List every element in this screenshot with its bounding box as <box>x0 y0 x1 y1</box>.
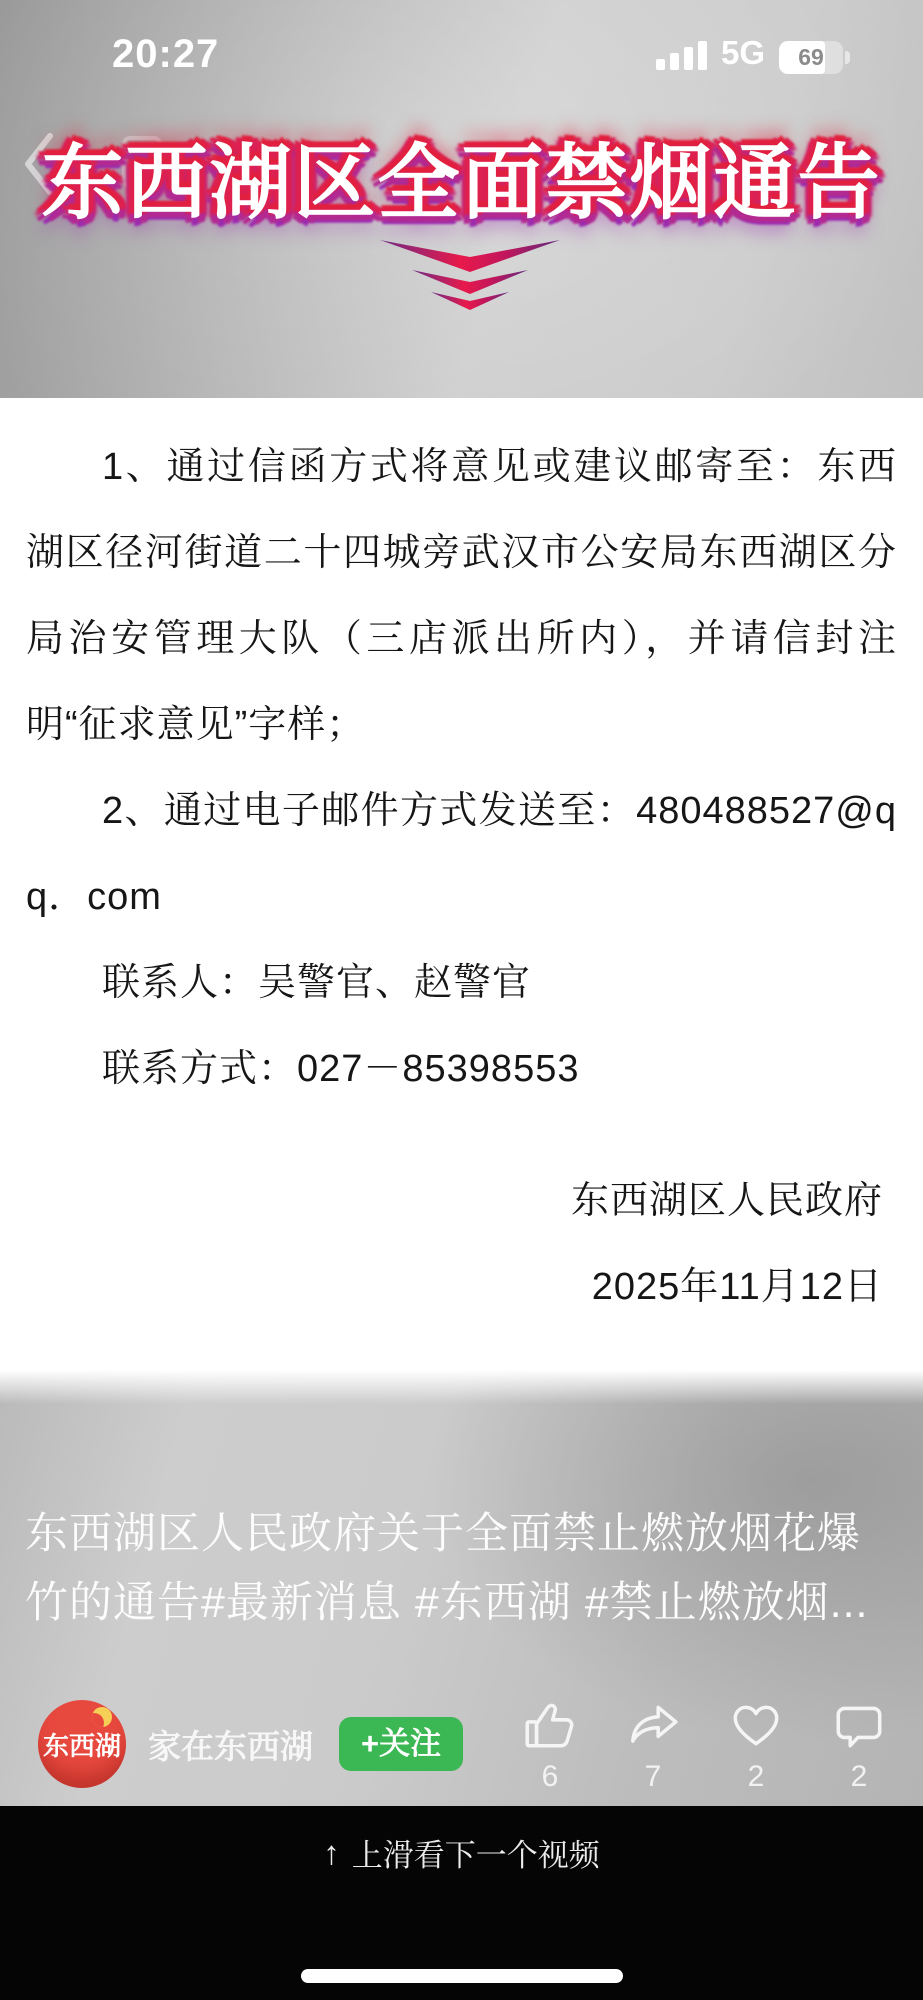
author-row: 东西湖 家在东西湖 +关注 <box>38 1698 463 1790</box>
notice-paragraph: 2、通过电子邮件方式发送至：480488527@qq．com <box>26 768 897 940</box>
phone-screen: 20:27 5G 69 东西湖区全面禁烟通告 <box>0 0 923 2000</box>
avatar-label: 东西湖 <box>43 1726 121 1763</box>
down-chevrons-icon <box>370 240 570 312</box>
clock: 20:27 <box>112 32 219 77</box>
up-arrow-icon: ↑ <box>323 1834 340 1872</box>
status-bar: 20:27 5G 69 <box>0 24 923 80</box>
thumbs-up-icon <box>521 1696 579 1754</box>
share-count: 7 <box>645 1760 662 1794</box>
notice-contact-person: 联系人：吴警官、赵警官 <box>26 940 897 1026</box>
share-arrow-icon <box>624 1696 682 1754</box>
swipe-up-hint: ↑ 上滑看下一个视频 <box>0 1830 923 1875</box>
heart-icon <box>727 1696 785 1754</box>
author-name[interactable]: 家在东西湖 <box>148 1721 313 1768</box>
bottom-bar: ↑ 上滑看下一个视频 <box>0 1806 923 2000</box>
comment-count: 2 <box>851 1760 868 1794</box>
like-count: 6 <box>542 1760 559 1794</box>
video-caption: 东西湖区人民政府关于全面禁止燃放烟花爆竹的通告#最新消息 #东西湖 #禁止燃放烟… <box>25 1500 877 1638</box>
share-button[interactable]: 7 <box>624 1696 682 1794</box>
notice-paragraph: 1、通过信函方式将意见或建议邮寄至：东西湖区径河街道二十四城旁武汉市公安局东西湖… <box>26 424 897 768</box>
notice-signature: 东西湖区人民政府 <box>26 1158 897 1244</box>
title-banner: 东西湖区全面禁烟通告 <box>0 118 923 235</box>
title-banner-text: 东西湖区全面禁烟通告 <box>41 118 881 235</box>
status-icons: 5G 69 <box>656 34 843 74</box>
home-indicator[interactable] <box>301 1969 623 1983</box>
swipe-up-hint-text: 上滑看下一个视频 <box>352 1830 600 1875</box>
battery-percent: 69 <box>779 41 843 74</box>
battery-icon: 69 <box>779 41 843 74</box>
favorite-button[interactable]: 2 <box>727 1696 785 1794</box>
avatar[interactable]: 东西湖 <box>38 1700 126 1788</box>
favorite-count: 2 <box>748 1760 765 1794</box>
comment-bubble-icon <box>830 1696 888 1754</box>
video-frame[interactable]: 20:27 5G 69 东西湖区全面禁烟通告 <box>0 0 923 1806</box>
follow-button[interactable]: +关注 <box>339 1717 463 1771</box>
like-button[interactable]: 6 <box>521 1696 579 1794</box>
signal-strength-icon <box>656 41 707 74</box>
network-type-label: 5G <box>721 34 765 74</box>
comment-button[interactable]: 2 <box>830 1696 888 1794</box>
notice-contact-phone: 联系方式：027－85398553 <box>26 1026 897 1112</box>
moon-icon <box>92 1707 112 1727</box>
notice-document: 1、通过信函方式将意见或建议邮寄至：东西湖区径河街道二十四城旁武汉市公安局东西湖… <box>0 398 923 1370</box>
notice-date: 2025年11月12日 <box>26 1244 897 1330</box>
